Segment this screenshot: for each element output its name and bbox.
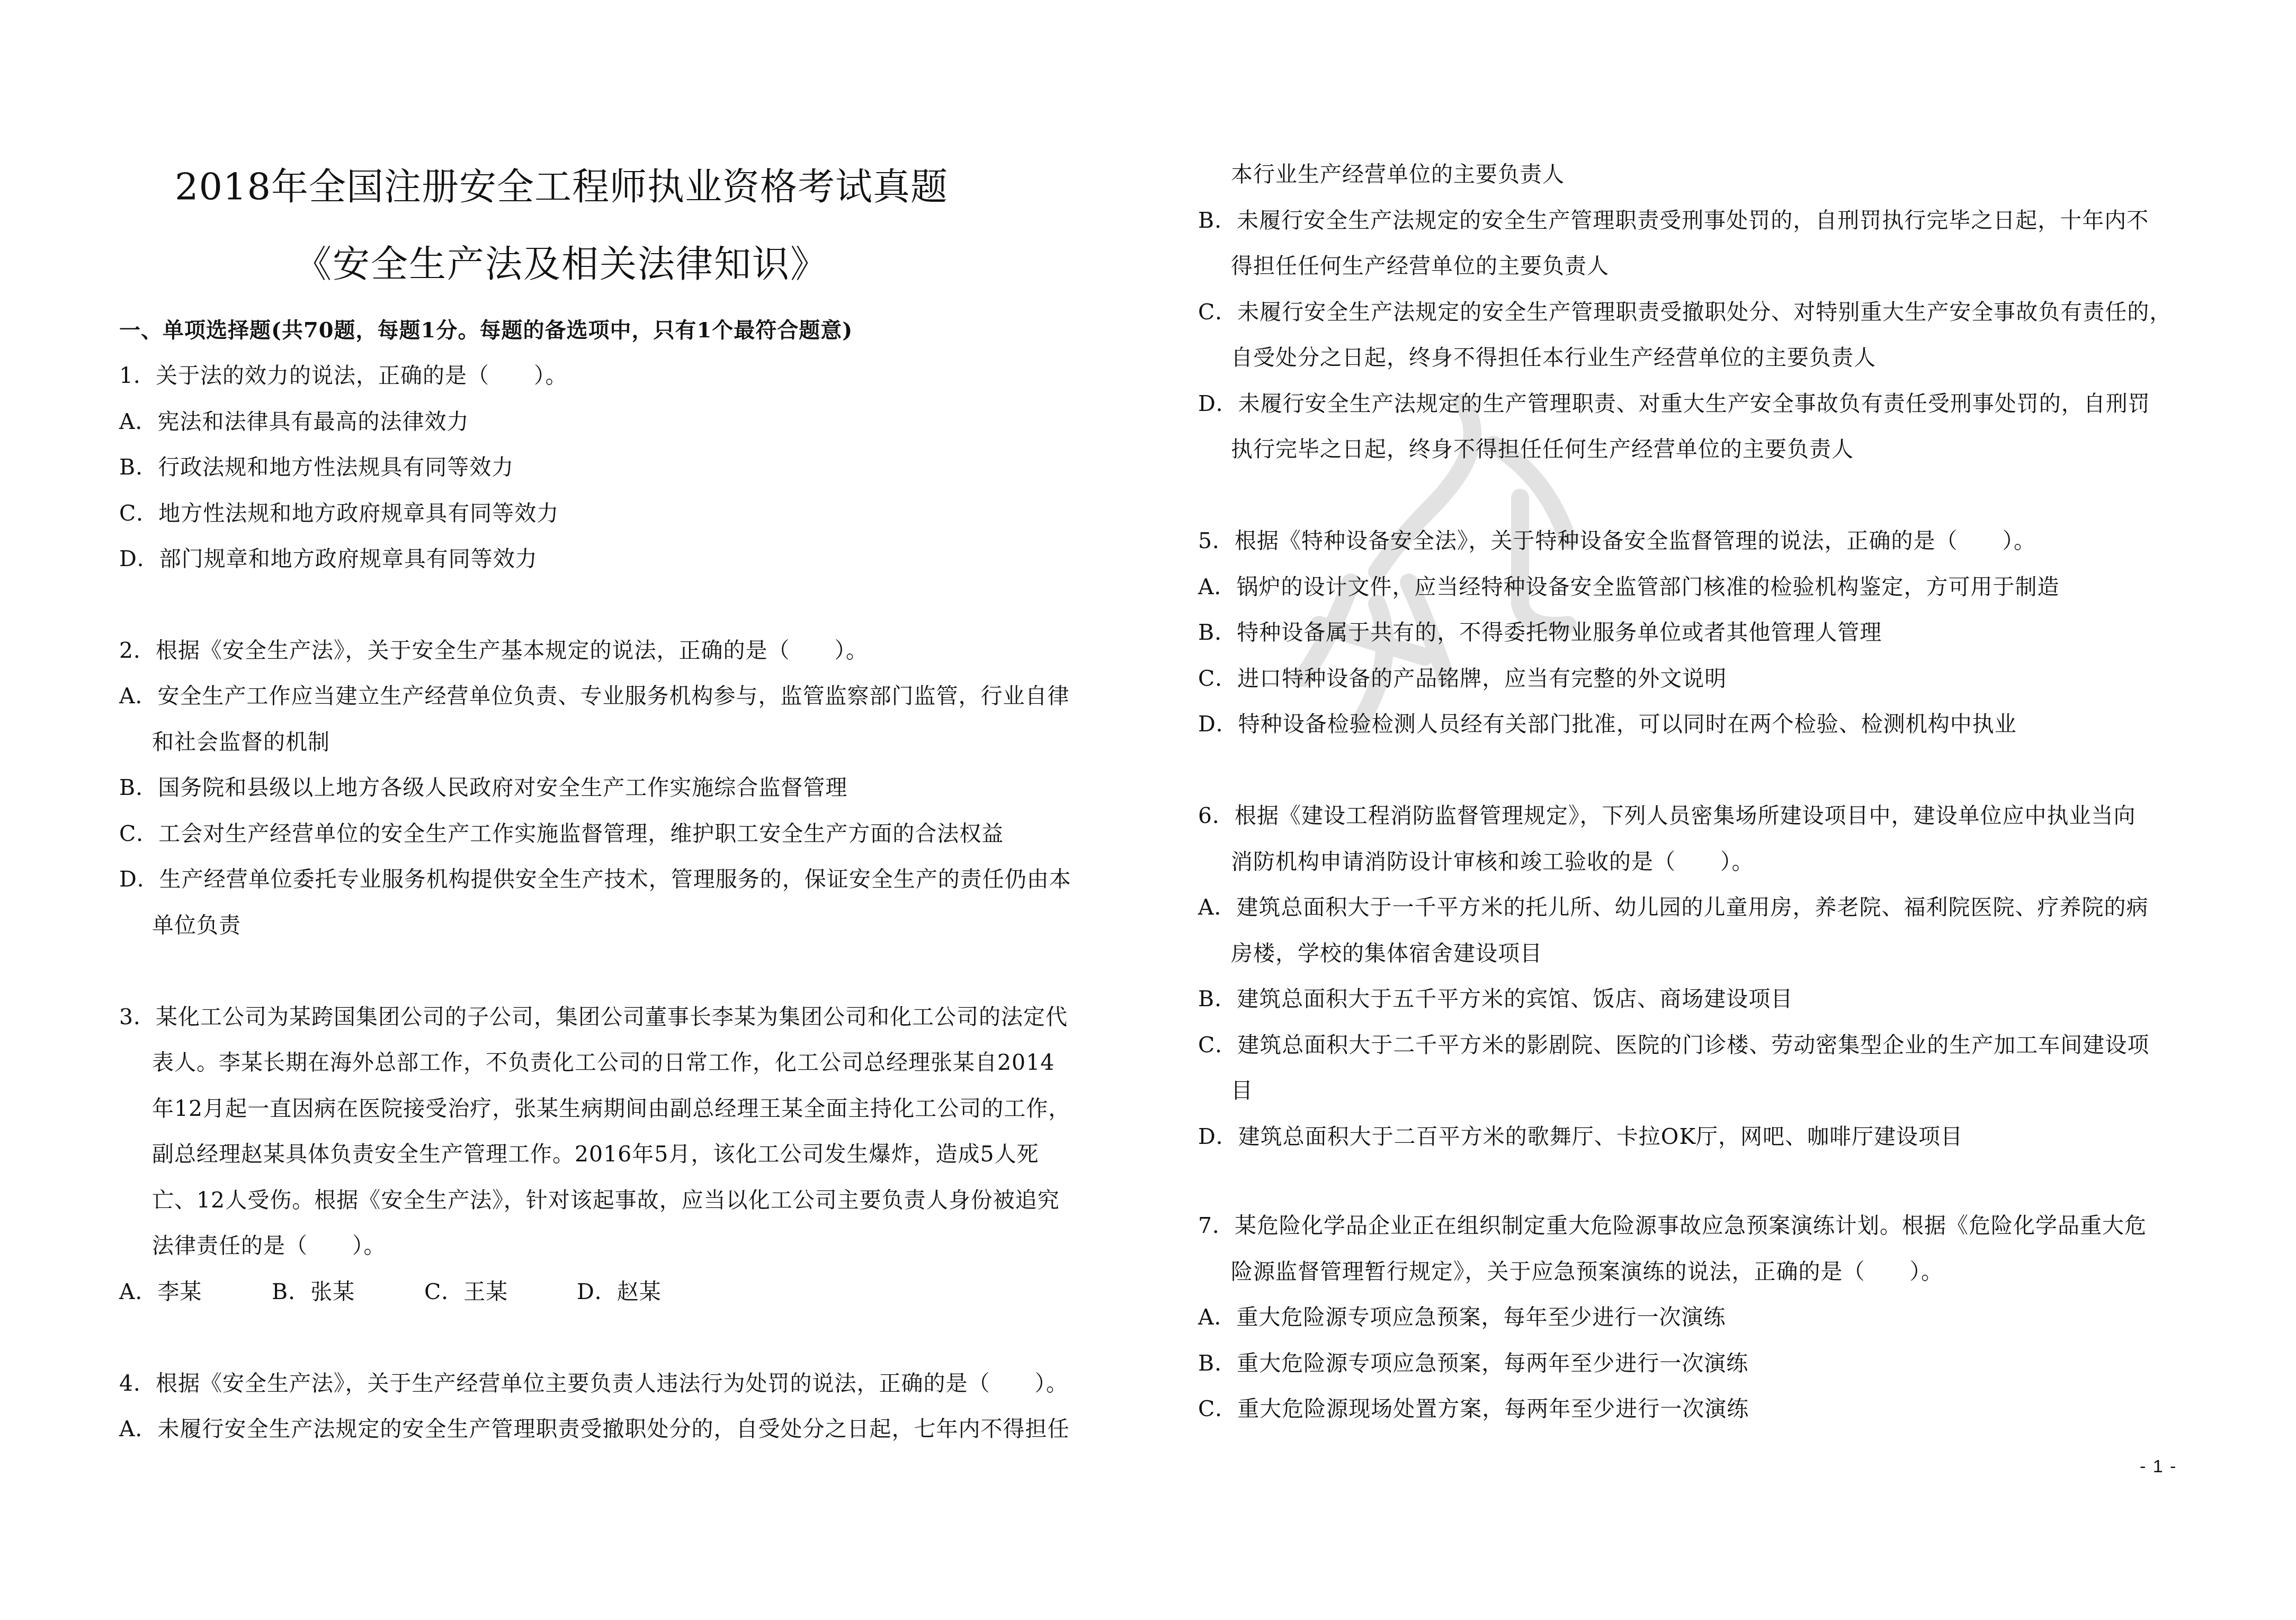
question-6-option-b: B．建筑总面积大于五千平方米的宾馆、饭店、商场建设项目 xyxy=(1198,986,1793,1012)
question-6-option-d: D．建筑总面积大于二百平方米的歌舞厅、卡拉OK厅，网吧、咖啡厅建设项目 xyxy=(1198,1124,1963,1149)
question-6-option-c: C．建筑总面积大于二千平方米的影剧院、医院的门诊楼、劳动密集型企业的生产加工车间… xyxy=(1198,1032,2149,1058)
document-title: 2018年全国注册安全工程师执业资格考试真题 xyxy=(90,166,1033,208)
question-6-option-c-cont: 目 xyxy=(1231,1078,1253,1103)
question-3-stem-line-2: 表人。李某长期在海外总部工作，不负责化工公司的日常工作，化工公司总经理张某自20… xyxy=(152,1050,1055,1075)
question-7-option-b: B．重大危险源专项应急预案，每两年至少进行一次演练 xyxy=(1198,1350,1748,1376)
question-5-option-d: D．特种设备检验检测人员经有关部门批准，可以同时在两个检验、检测机构中执业 xyxy=(1198,711,2017,737)
question-2-option-a-cont: 和社会监督的机制 xyxy=(152,729,330,755)
question-3-option-a: A．李某 xyxy=(119,1279,272,1304)
question-4-option-c-cont: 自受处分之日起，终身不得担任本行业生产经营单位的主要负责人 xyxy=(1231,345,1876,370)
question-5-option-c: C．进口特种设备的产品铭牌，应当有完整的外文说明 xyxy=(1198,666,1727,691)
question-2-stem: 2．根据《安全生产法》，关于安全生产基本规定的说法，正确的是（ ）。 xyxy=(119,638,868,663)
question-2-option-d-cont: 单位负责 xyxy=(152,912,241,938)
question-2-option-d: D．生产经营单位委托专业服务机构提供安全生产技术，管理服务的，保证安全生产的责任… xyxy=(119,866,1071,892)
question-7-stem-line-1: 7．某危险化学品企业正在组织制定重大危险源事故应急预案演练计划。根据《危险化学品… xyxy=(1198,1213,2147,1238)
question-4-option-d-cont: 执行完毕之日起，终身不得担任任何生产经营单位的主要负责人 xyxy=(1231,436,1854,462)
question-3-stem-line-5: 亡、12人受伤。根据《安全生产法》，针对该起事故，应当以化工公司主要负责人身份被… xyxy=(152,1187,1060,1213)
question-3-stem-line-4: 副总经理赵某具体负责安全生产管理工作。2016年5月，该化工公司发生爆炸，造成5… xyxy=(152,1141,1039,1167)
question-1-option-b: B．行政法规和地方性法规具有同等效力 xyxy=(119,454,514,480)
question-4-option-a: A．未履行安全生产法规定的安全生产管理职责受撤职处分的，自受处分之日起，七年内不… xyxy=(119,1416,1070,1442)
question-3-option-d: D．赵某 xyxy=(577,1279,729,1304)
question-3-stem-line-1: 3．某化工公司为某跨国集团公司的子公司，集团公司董事长李某为集团公司和化工公司的… xyxy=(119,1004,1068,1030)
question-7-option-a: A．重大危险源专项应急预案，每年至少进行一次演练 xyxy=(1198,1304,1726,1330)
question-1-option-a: A．宪法和法律具有最高的法律效力 xyxy=(119,409,469,434)
question-2-option-a: A．安全生产工作应当建立生产经营单位负责、专业服务机构参与，监管监察部门监管，行… xyxy=(119,683,1070,709)
question-2-option-b: B．国务院和县级以上地方各级人民政府对安全生产工作实施综合监督管理 xyxy=(119,775,847,800)
question-3-option-b: B．张某 xyxy=(272,1279,424,1304)
question-4-stem: 4．根据《安全生产法》，关于生产经营单位主要负责人违法行为处罚的说法，正确的是（… xyxy=(119,1371,1068,1396)
question-4-option-a-cont: 本行业生产经营单位的主要负责人 xyxy=(1231,162,1565,187)
question-1-option-c: C．地方性法规和地方政府规章具有同等效力 xyxy=(119,500,559,526)
question-6-option-a-cont: 房楼，学校的集体宿舍建设项目 xyxy=(1231,941,1542,966)
question-6-option-a: A．建筑总面积大于一千平方米的托儿所、幼儿园的儿童用房，养老院、福利院医院、疗养… xyxy=(1198,894,2149,920)
section-header: 一、单项选择题(共70题，每题1分。每题的备选项中，只有1个最符合题意) xyxy=(119,318,853,343)
question-3-option-c: C．王某 xyxy=(424,1279,577,1304)
question-7-option-c: C．重大危险源现场处置方案，每两年至少进行一次演练 xyxy=(1198,1396,1749,1421)
question-2-option-c: C．工会对生产经营单位的安全生产工作实施监督管理，维护职工安全生产方面的合法权益 xyxy=(119,821,1004,846)
question-1-stem: 1．关于法的效力的说法，正确的是（ ）。 xyxy=(119,363,568,388)
exam-page: 2018年全国注册安全工程师执业资格考试真题 《安全生产法及相关法律知识》 一、… xyxy=(0,0,2296,1620)
question-5-option-a: A．锅炉的设计文件，应当经特种设备安全监管部门核准的检验机构鉴定，方可用于制造 xyxy=(1198,574,2060,599)
question-6-stem-line-1: 6．根据《建设工程消防监督管理规定》，下列人员密集场所建设项目中，建设单位应中执… xyxy=(1198,803,2136,828)
question-3-stem-line-3: 年12月起一直因病在医院接受治疗，张某生病期间由副总经理王某全面主持化工公司的工… xyxy=(152,1096,1070,1121)
question-7-stem-line-2: 险源监督管理暂行规定》，关于应急预案演练的说法，正确的是（ ）。 xyxy=(1231,1259,1943,1284)
page-number: - 1 - xyxy=(2140,1456,2177,1477)
question-4-option-c: C．未履行安全生产法规定的安全生产管理职责受撤职处分、对特别重大生产安全事故负有… xyxy=(1198,299,2172,325)
question-5-option-b: B．特种设备属于共有的，不得委托物业服务单位或者其他管理人管理 xyxy=(1198,620,1882,645)
question-4-option-d: D．未履行安全生产法规定的生产管理职责、对重大生产安全事故负有责任受刑事处罚的，… xyxy=(1198,391,2150,416)
question-6-stem-line-2: 消防机构申请消防设计审核和竣工验收的是（ ）。 xyxy=(1231,849,1754,874)
document-subtitle: 《安全生产法及相关法律知识》 xyxy=(90,243,1033,285)
question-4-option-b-cont: 得担任任何生产经营单位的主要负责人 xyxy=(1231,253,1609,279)
question-5-stem: 5．根据《特种设备安全法》，关于特种设备安全监督管理的说法，正确的是（ ）。 xyxy=(1198,528,2036,553)
question-1-option-d: D．部门规章和地方政府规章具有同等效力 xyxy=(119,546,538,571)
question-3-options: A．李某 B．张某 C．王某 D．赵某 xyxy=(119,1279,729,1304)
question-3-stem-line-6: 法律责任的是（ ）。 xyxy=(152,1233,386,1258)
question-4-option-b: B．未履行安全生产法规定的安全生产管理职责受刑事处罚的，自刑罚执行完毕之日起，十… xyxy=(1198,208,2149,233)
